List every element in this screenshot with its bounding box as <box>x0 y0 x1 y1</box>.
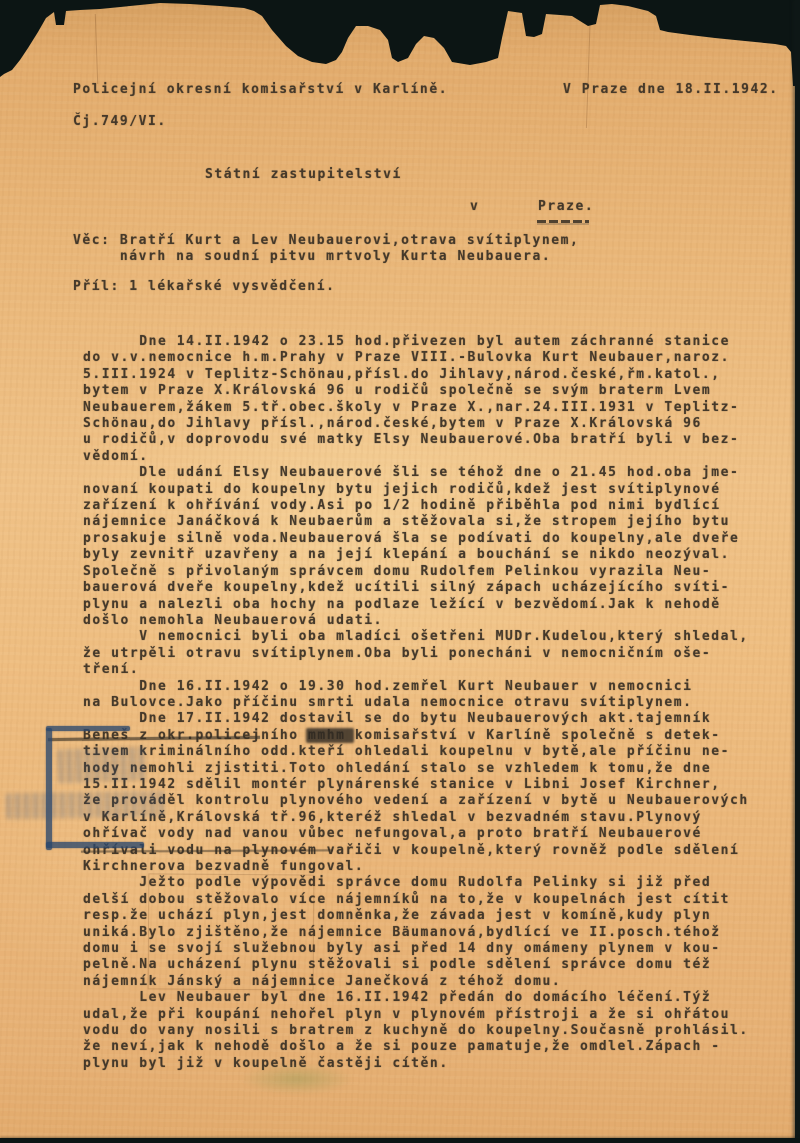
scan-edge-bottom <box>0 1138 800 1143</box>
stamp-border-top <box>46 726 130 731</box>
scanned-document-page: { "document": { "header_left": "Policejn… <box>0 0 800 1143</box>
stamp-border-bottom <box>46 842 144 848</box>
addressee-title: Státní zastupitelství <box>205 167 402 183</box>
stamp-ink-smudge <box>57 746 146 783</box>
city-underline <box>537 220 589 223</box>
stamp-border-left <box>46 728 52 850</box>
enclosure-line: Příl: 1 lékařské vysvědčení. <box>73 279 336 295</box>
torn-paper-edge <box>0 0 800 92</box>
scan-edge-right <box>795 0 800 1143</box>
reference-number: Čj.749/VI. <box>73 114 167 130</box>
addressee-city: Praze. <box>538 199 594 215</box>
subject-block: Věc: Bratří Kurt a Lev Neubauerovi,otrav… <box>73 233 579 266</box>
green-smudge <box>242 1064 352 1094</box>
bleedthrough-stamp-outline <box>148 873 315 990</box>
obliterated-word-blot <box>306 728 354 743</box>
addressee-preposition: v <box>470 199 479 215</box>
stamp-ink-smudge <box>6 791 164 820</box>
